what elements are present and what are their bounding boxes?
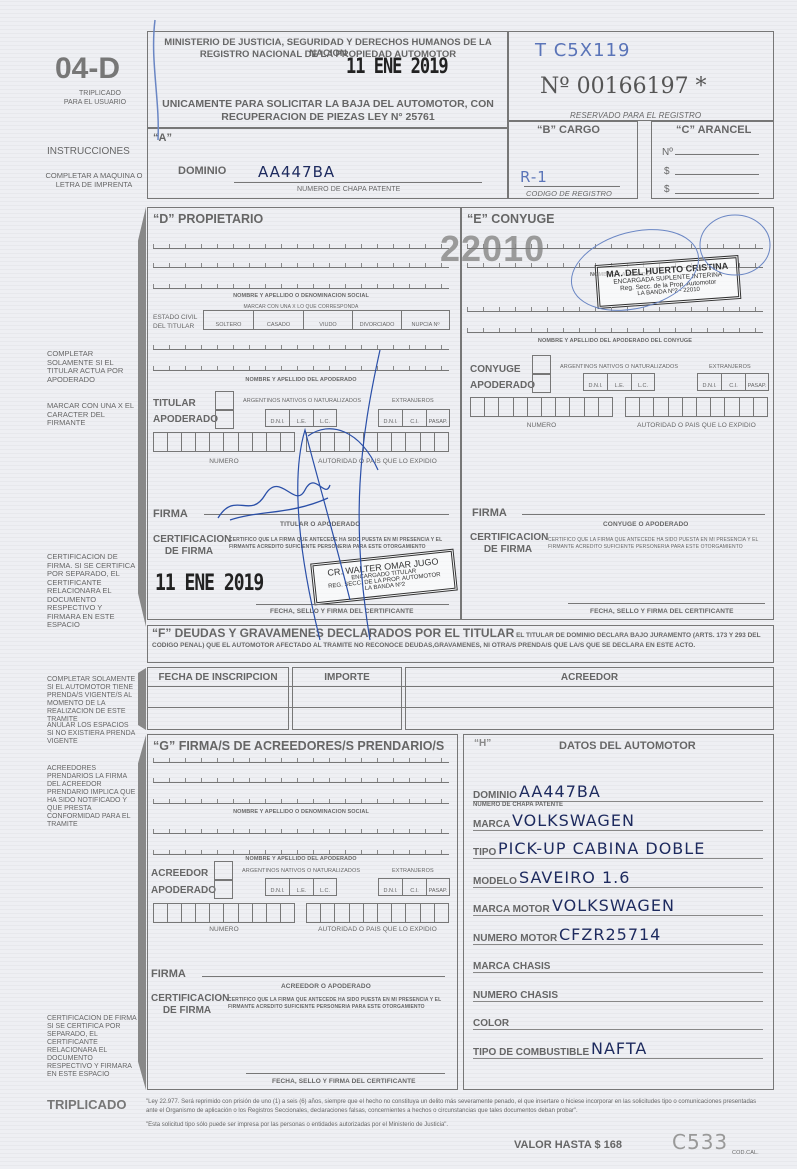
creditor-numero-caption: NUMERO	[153, 926, 295, 933]
vehicle-field-marca: MARCAVOLKSWAGEN	[473, 815, 763, 833]
dominio-label: DOMINIO	[178, 165, 226, 177]
creditor-doc-arg-lc[interactable]: L.C.	[313, 878, 337, 896]
spouse-argentinos-caption: ARGENTINOS NATIVOS O NATURALIZADOS	[560, 364, 678, 370]
vehicle-field-input[interactable]	[473, 1058, 763, 1059]
spouse-doc-arg-dni[interactable]: D.N.I.	[583, 373, 607, 391]
section-h-heading: DATOS DEL AUTOMOTOR	[559, 740, 696, 752]
arancel-currency-2: $	[664, 184, 670, 195]
section-f-title: “F” DEUDAS Y GRAVAMENES DECLARADOS POR E…	[152, 626, 514, 640]
arancel-no-label: Nº	[662, 147, 673, 158]
apoderado-name-caption: NOMBRE Y APELLIDO DEL APODERADO	[153, 377, 449, 383]
vehicle-field-input[interactable]	[473, 830, 763, 831]
owner-name-caption: NOMBRE Y APELLIDO O DENOMINACION SOCIAL	[153, 293, 449, 299]
spouse-extranjeros-caption: EXTRANJEROS	[709, 364, 751, 370]
handwritten-note-top: T C5X119	[535, 40, 630, 61]
spouse-cert-label: CERTIFICACION DE FIRMA	[470, 532, 546, 556]
cert-note-2: CERTIFICACION DE FIRMA SI SE CERTIFICA P…	[47, 1015, 137, 1079]
vehicle-field-input[interactable]	[473, 858, 763, 859]
cert-note: CERTIFICACION DE FIRMA. SI SE CERTIFICA …	[47, 553, 137, 630]
creditor-apoderado-label: APODERADO	[151, 885, 216, 896]
spouse-doc-arg-lc[interactable]: L.C.	[631, 373, 655, 391]
civil-option-divorciado[interactable]: DIVORCIADO	[352, 310, 401, 330]
creditor-apoderado-line-1[interactable]	[153, 828, 449, 834]
creditor-name-line-1[interactable]	[153, 757, 449, 763]
vehicle-field-label: MARCA CHASIS	[473, 961, 550, 972]
extranjeros-caption: EXTRANJEROS	[392, 398, 434, 404]
spouse-doc-ext-pasap[interactable]: PASAP.	[745, 373, 769, 391]
civil-option-nupcia[interactable]: NUPCIA Nº	[401, 310, 450, 330]
section-d-arrow	[138, 207, 146, 627]
creditor-doc-arg-le[interactable]: L.E.	[289, 878, 313, 896]
spouse-firma-caption: CONYUGE O APODERADO	[603, 521, 688, 528]
cert-signature-line[interactable]	[256, 604, 449, 605]
footer-copy-label: TRIPLICADO	[47, 1097, 126, 1112]
spouse-firma-label: FIRMA	[472, 507, 507, 519]
arancel-currency-1: $	[664, 166, 670, 177]
doc-arg-lc[interactable]: L.C.	[313, 409, 337, 427]
copy-for: PARA EL USUARIO	[50, 99, 140, 106]
doc-ext-dni[interactable]: D.N.I.	[378, 409, 402, 427]
spouse-firma-line[interactable]	[522, 514, 765, 515]
spouse-doc-type-arg: D.N.I. L.E. L.C.	[583, 373, 655, 391]
creditor-cert-signature-line[interactable]	[246, 1073, 445, 1074]
dominio-caption: NUMERO DE CHAPA PATENTE	[297, 186, 400, 193]
creditor-doc-ext-ci[interactable]: C.I.	[402, 878, 426, 896]
apoderado-name-line-1[interactable]	[153, 344, 449, 350]
codigo-registro-caption: CODIGO DE REGISTRO	[526, 189, 612, 198]
apoderado-checkbox[interactable]	[215, 410, 234, 429]
vehicle-field-value: VOLKSWAGEN	[512, 811, 635, 830]
titular-label: TITULAR	[153, 398, 196, 409]
vehicle-field-input[interactable]	[473, 944, 763, 945]
spouse-doc-arg-le[interactable]: L.E.	[607, 373, 631, 391]
spouse-name-line-1[interactable]	[467, 243, 763, 249]
creditor-cert-text: CERTIFICO QUE LA FIRMA QUE ANTECEDE HA S…	[228, 997, 450, 1011]
prenda-row-1[interactable]	[147, 687, 774, 707]
date-stamp-top: 11 ENE 2019	[346, 54, 448, 79]
section-e-title: “E” CONYUGE	[467, 212, 555, 226]
acreedor-label: ACREEDOR	[151, 868, 208, 879]
cert-label-text: CERTIFICACION DE FIRMA	[153, 534, 231, 557]
creditor-doc-ext-pasap[interactable]: PASAP.	[426, 878, 450, 896]
spouse-doc-ext-ci[interactable]: C.I.	[721, 373, 745, 391]
fill-mode-note: COMPLETAR A MAQUINA O LETRA DE IMPRENTA	[44, 172, 144, 189]
spouse-apoderado-line-1[interactable]	[467, 306, 763, 312]
doc-type-ext: D.N.I. C.I. PASAP.	[378, 409, 450, 427]
creditor-cert-label-text: CERTIFICACION DE FIRMA	[151, 993, 229, 1016]
argentinos-caption: ARGENTINOS NATIVOS O NATURALIZADOS	[243, 398, 361, 404]
owner-name-line-1[interactable]	[153, 243, 449, 249]
creditor-doc-type-arg: D.N.I. L.E. L.C.	[265, 878, 337, 896]
spouse-doc-type-ext: D.N.I. C.I. PASAP.	[697, 373, 769, 391]
acreedor-checkbox[interactable]	[214, 861, 233, 880]
spouse-cert-text: CERTIFICO QUE LA FIRMA QUE ANTECEDE HA S…	[548, 537, 768, 551]
creditor-apoderado-line-2[interactable]	[153, 849, 449, 855]
cert-label: CERTIFICACION DE FIRMA	[153, 534, 225, 558]
form-page: 04-D TRIPLICADO PARA EL USUARIO MINISTER…	[0, 0, 797, 1169]
doc-number-cells[interactable]	[153, 432, 295, 452]
arancel-amount-2[interactable]	[675, 193, 759, 194]
form-code: 04-D	[55, 52, 120, 86]
creditor-firma-label: FIRMA	[151, 968, 186, 980]
spouse-apoderado-line-2[interactable]	[467, 327, 763, 333]
creditor-apoderado-checkbox[interactable]	[214, 880, 233, 899]
autoridad-caption: AUTORIDAD O PAIS QUE LO EXPIDIO	[306, 458, 449, 465]
doc-authority-cells[interactable]	[306, 432, 449, 452]
vehicle-field-value: NAFTA	[591, 1039, 647, 1058]
prenda-row-2[interactable]	[147, 708, 774, 729]
creditor-doc-authority-cells[interactable]	[306, 903, 449, 923]
vehicle-field-label: TIPO	[473, 847, 496, 858]
creditor-extranjeros-caption: EXTRANJEROS	[392, 868, 434, 874]
vehicle-field-label: NUMERO MOTOR	[473, 933, 557, 944]
vehicle-field-label: MARCA	[473, 819, 510, 830]
civil-option-viudo[interactable]: VIUDO	[303, 310, 352, 330]
doc-type-arg: D.N.I. L.E. L.C.	[265, 409, 337, 427]
mark-note: MARCAR CON UNA X EL CARACTER DEL FIRMANT…	[47, 402, 137, 428]
creditor-doc-arg-dni[interactable]: D.N.I.	[265, 878, 289, 896]
vehicle-field-value: AA447BA	[519, 782, 601, 801]
apoderado-name-line-2[interactable]	[153, 365, 449, 371]
vehicle-field-input[interactable]	[473, 1029, 763, 1030]
creditor-name-caption: NOMBRE Y APELLIDO O DENOMINACION SOCIAL	[153, 809, 449, 815]
vehicle-field-value: PICK-UP CABINA DOBLE	[498, 839, 705, 858]
doc-ext-ci[interactable]: C.I.	[402, 409, 426, 427]
creditor-name-line-2[interactable]	[153, 777, 449, 783]
section-c-title: “C” ARANCEL	[676, 124, 751, 136]
col-fecha-header: FECHA DE INSCRIPCION	[147, 672, 289, 683]
section-a-title: “A”	[153, 132, 172, 144]
vehicle-field-modelo: MODELOSAVEIRO 1.6	[473, 872, 763, 890]
vehicle-field-value: CFZR25714	[559, 925, 661, 944]
print-note: "Esta solicitud tipo sólo puede ser impr…	[146, 1122, 448, 1128]
vehicle-field-numero-chasis: NUMERO CHASIS	[473, 986, 763, 1004]
spouse-doc-number-cells[interactable]	[470, 397, 613, 417]
doc-arg-le[interactable]: L.E.	[289, 409, 313, 427]
purpose-line-2: RECUPERACION DE PIEZAS LEY N° 25761	[150, 111, 506, 123]
creditor-firma-caption: ACREEDOR O APODERADO	[281, 983, 371, 990]
cal-code: C533	[672, 1130, 728, 1154]
cert-caption: FECHA, SELLO Y FIRMA DEL CERTIFICANTE	[270, 608, 414, 615]
vehicle-field-color: COLOR	[473, 1014, 763, 1032]
creditor-cert-caption: FECHA, SELLO Y FIRMA DEL CERTIFICANTE	[272, 1078, 416, 1085]
vehicle-field-numero-motor: NUMERO MOTORCFZR25714	[473, 929, 763, 947]
creditor-apoderado-caption: NOMBRE Y APELLIDO DEL APODERADO	[153, 856, 449, 862]
spouse-cert-caption: FECHA, SELLO Y FIRMA DEL CERTIFICANTE	[590, 608, 734, 615]
firma-caption: TITULAR O APODERADO	[280, 521, 360, 528]
titular-checkbox[interactable]	[215, 391, 234, 410]
section-d-title: “D” PROPIETARIO	[153, 212, 263, 226]
codigo-registro-field[interactable]	[524, 186, 620, 187]
vehicle-field-tipo: TIPOPICK-UP CABINA DOBLE	[473, 843, 763, 861]
spouse-doc-ext-dni[interactable]: D.N.I.	[697, 373, 721, 391]
vehicle-field-label: COLOR	[473, 1018, 509, 1029]
vehicle-field-marca-motor: MARCA MOTORVOLKSWAGEN	[473, 900, 763, 918]
section-g-title: “G” FIRMA/S DE ACREEDORES/S PRENDARIO/S	[153, 739, 444, 753]
copy-type: TRIPLICADO	[60, 90, 140, 97]
vehicle-field-input[interactable]	[473, 915, 763, 916]
spouse-cert-label-text: CERTIFICACION DE FIRMA	[470, 532, 548, 555]
civil-status-label: ESTADO CIVIL DEL TITULAR	[153, 314, 203, 331]
creditor-doc-number-cells[interactable]	[153, 903, 295, 923]
section-h-title: “H”	[474, 738, 491, 749]
anular-note: ANULAR LOS ESPACIOS SI NO EXISTIERA PREN…	[47, 722, 137, 746]
creditor-autoridad-caption: AUTORIDAD O PAIS QUE LO EXPIDIO	[306, 926, 449, 933]
value-limit: VALOR HASTA $ 168	[514, 1139, 622, 1151]
vehicle-field-label: DOMINIO	[473, 790, 517, 801]
vehicle-field-tipo-de-combustible: TIPO DE COMBUSTIBLENAFTA	[473, 1043, 763, 1061]
purpose-line-1: UNICAMENTE PARA SOLICITAR LA BAJA DEL AU…	[150, 98, 506, 110]
doc-arg-dni[interactable]: D.N.I.	[265, 409, 289, 427]
spouse-autoridad-caption: AUTORIDAD O PAIS QUE LO EXPIDIO	[625, 422, 768, 429]
vehicle-field-label: MODELO	[473, 876, 517, 887]
numero-caption: NUMERO	[153, 458, 295, 465]
creditor-argentinos-caption: ARGENTINOS NATIVOS O NATURALIZADOS	[242, 868, 360, 874]
vehicle-field-input[interactable]	[473, 972, 763, 973]
cal-code-caption: COD.CAL.	[732, 1150, 759, 1156]
form-number: Nº 00166197 *	[540, 74, 707, 99]
spouse-numero-caption: NUMERO	[470, 422, 613, 429]
law-text: "Ley 22.977. Será reprimido con prisión …	[146, 1098, 766, 1116]
creditor-doc-ext-dni[interactable]: D.N.I.	[378, 878, 402, 896]
conyuge-label: CONYUGE	[470, 364, 521, 375]
spouse-doc-authority-cells[interactable]	[625, 397, 768, 417]
creditor-doc-type-ext: D.N.I. C.I. PASAP.	[378, 878, 450, 896]
firma-label: FIRMA	[153, 508, 188, 520]
vehicle-field-label: MARCA MOTOR	[473, 904, 550, 915]
col-importe-header: IMPORTE	[292, 672, 402, 683]
arancel-no-field[interactable]	[675, 154, 759, 155]
dominio-field[interactable]	[234, 182, 482, 183]
vehicle-field-value: VOLKSWAGEN	[552, 896, 675, 915]
owner-name-line-2[interactable]	[153, 262, 449, 268]
col-acreedor-header: ACREEDOR	[405, 672, 774, 683]
spouse-apoderado-label: APODERADO	[470, 380, 535, 391]
vehicle-field-value: SAVEIRO 1.6	[519, 868, 630, 887]
cert-text: CERTIFICO QUE LA FIRMA QUE ANTECEDE HA S…	[229, 537, 451, 551]
section-g-arrow	[138, 735, 146, 1090]
conyuge-checkbox[interactable]	[532, 355, 551, 374]
arancel-amount-1[interactable]	[675, 174, 759, 175]
registry-title: REGISTRO NACIONAL DE LA PROPIEDAD AUTOMO…	[150, 49, 506, 60]
vehicle-dominio-caption: NUMERO DE CHAPA PATENTE	[473, 802, 563, 808]
owner-name-line-3[interactable]	[153, 283, 449, 289]
apoderado-label: APODERADO	[153, 414, 218, 425]
cargo-handwritten: R-1	[520, 168, 548, 186]
acreedores-note: ACREEDORES PRENDARIOS LA FIRMA DEL ACREE…	[47, 765, 137, 829]
vehicle-field-label: NUMERO CHASIS	[473, 990, 558, 1001]
section-b-title: “B” CARGO	[537, 124, 600, 136]
doc-ext-pasap[interactable]: PASAP.	[426, 409, 450, 427]
prenda-note: COMPLETAR SOLAMENTE SI EL AUTOMOTOR TIEN…	[47, 676, 137, 724]
spouse-apoderado-caption: NOMBRE Y APELLIDO DEL APODERADO DEL CONY…	[467, 338, 763, 344]
dominio-value: AA447BA	[258, 163, 335, 181]
vehicle-field-label: TIPO DE COMBUSTIBLE	[473, 1047, 589, 1058]
creditor-cert-label: CERTIFICACION DE FIRMA	[151, 993, 223, 1017]
vehicle-field-marca-chasis: MARCA CHASIS	[473, 957, 763, 975]
spouse-apoderado-checkbox[interactable]	[532, 374, 551, 393]
cert-date-stamp: 11 ENE 2019	[155, 570, 263, 596]
section-f-header: “F” DEUDAS Y GRAVAMENES DECLARADOS POR E…	[152, 628, 770, 651]
spouse-cert-signature-line[interactable]	[568, 603, 765, 604]
vehicle-field-input[interactable]	[473, 1001, 763, 1002]
civil-option-soltero[interactable]: SOLTERO	[203, 310, 253, 330]
creditor-firma-line[interactable]	[202, 976, 445, 977]
civil-option-casado[interactable]: CASADO	[253, 310, 303, 330]
instructions-title: INSTRUCCIONES	[47, 146, 130, 157]
vehicle-field-input[interactable]	[473, 887, 763, 888]
reserved-caption: RESERVADO PARA EL REGISTRO	[570, 111, 701, 120]
apoderado-note: COMPLETAR SOLAMENTE SI EL TITULAR ACTUA …	[47, 350, 137, 384]
section-f-arrow	[138, 668, 146, 730]
civil-status-options: SOLTERO CASADO VIUDO DIVORCIADO NUPCIA N…	[203, 310, 450, 330]
creditor-name-line-3[interactable]	[153, 798, 449, 804]
